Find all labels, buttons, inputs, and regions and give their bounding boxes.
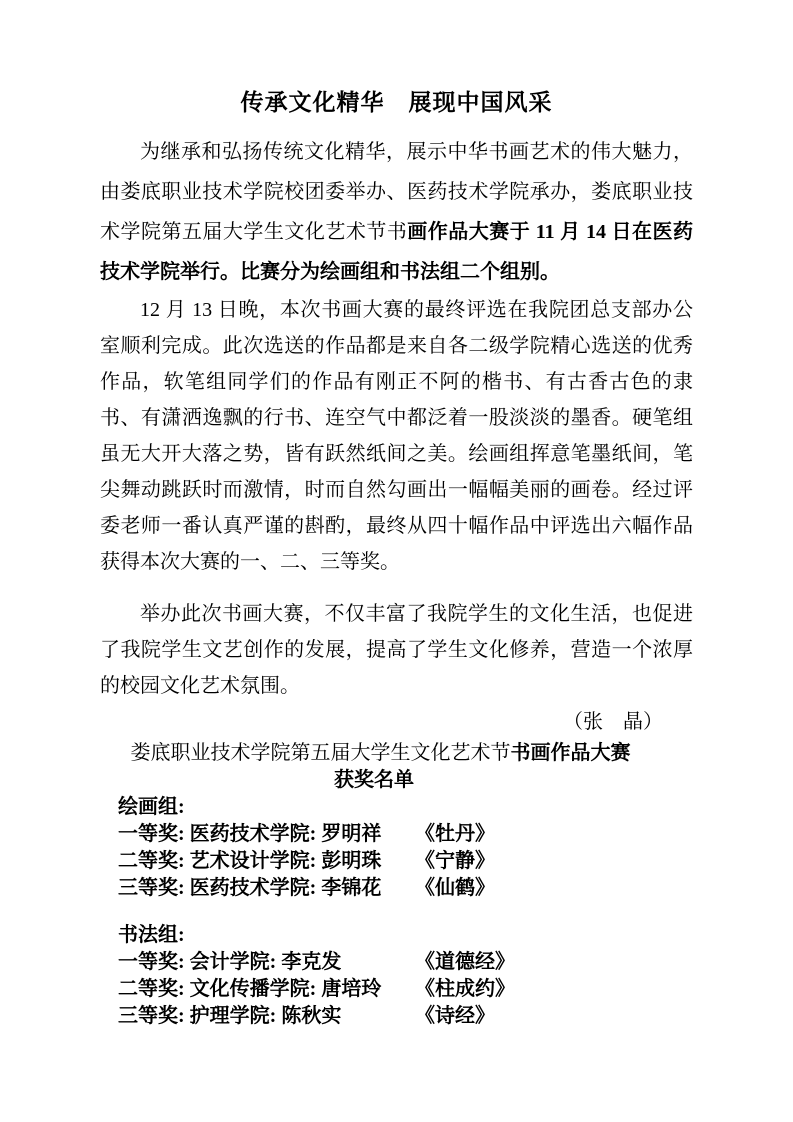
awards-heading-bold-text: 书画作品大赛 [511, 742, 631, 764]
award-row: 二等奖: 文化传播学院: 唐培玲 《柱成约》 [118, 976, 693, 1003]
awards-heading: 娄底职业技术学院第五届大学生文化艺术节书画作品大赛 [100, 740, 661, 767]
group-separator [118, 902, 693, 922]
awards-list: 绘画组: 一等奖: 医药技术学院: 罗明祥 《牡丹》 二等奖: 艺术设计学院: … [118, 794, 693, 1030]
awards-heading-regular-text: 娄底职业技术学院第五届大学生文化艺术节 [131, 742, 511, 764]
award-work-title: 《道德经》 [415, 949, 515, 976]
award-row: 一等奖: 医药技术学院: 罗明祥 《牡丹》 [118, 821, 693, 848]
award-row: 二等奖: 艺术设计学院: 彭明珠 《宁静》 [118, 848, 693, 875]
painting-group-title: 绘画组: [118, 794, 693, 821]
award-row: 一等奖: 会计学院: 李克发 《道德经》 [118, 949, 693, 976]
award-work-title: 《柱成约》 [415, 976, 515, 1003]
paragraph-conclusion: 举办此次书画大赛，不仅丰富了我院学生的文化生活，也促进了我院学生文艺创作的发展，… [100, 596, 693, 704]
document-title: 传承文化精华 展现中国风采 [100, 88, 693, 118]
document-content: 传承文化精华 展现中国风采 为继承和弘扬传统文化精华，展示中华书画艺术的伟大魅力… [100, 88, 693, 1030]
calligraphy-group-title: 书法组: [118, 922, 693, 949]
author-signature: （张 晶） [100, 704, 693, 740]
awards-subheading: 获奖名单 [100, 767, 648, 794]
award-entry: 一等奖: 会计学院: 李克发 [118, 949, 415, 976]
award-work-title: 《宁静》 [415, 848, 495, 875]
award-entry: 三等奖: 护理学院: 陈秋实 [118, 1003, 415, 1030]
award-row: 三等奖: 医药技术学院: 李锦花 《仙鹤》 [118, 875, 693, 902]
award-entry: 二等奖: 文化传播学院: 唐培玲 [118, 976, 415, 1003]
award-work-title: 《牡丹》 [415, 821, 495, 848]
award-work-title: 《仙鹤》 [415, 875, 495, 902]
paragraph-event-review: 12 月 13 日晚，本次书画大赛的最终评选在我院团总支部办公室顺利完成。此次选… [100, 292, 693, 580]
award-entry: 三等奖: 医药技术学院: 李锦花 [118, 875, 415, 902]
document-page: 传承文化精华 展现中国风采 为继承和弘扬传统文化精华，展示中华书画艺术的伟大魅力… [0, 0, 793, 1122]
paragraph-intro: 为继承和弘扬传统文化精华，展示中华书画艺术的伟大魅力，由娄底职业技术学院校团委举… [100, 132, 693, 292]
award-row: 三等奖: 护理学院: 陈秋实 《诗经》 [118, 1003, 693, 1030]
award-entry: 二等奖: 艺术设计学院: 彭明珠 [118, 848, 415, 875]
award-entry: 一等奖: 医药技术学院: 罗明祥 [118, 821, 415, 848]
award-work-title: 《诗经》 [415, 1003, 495, 1030]
